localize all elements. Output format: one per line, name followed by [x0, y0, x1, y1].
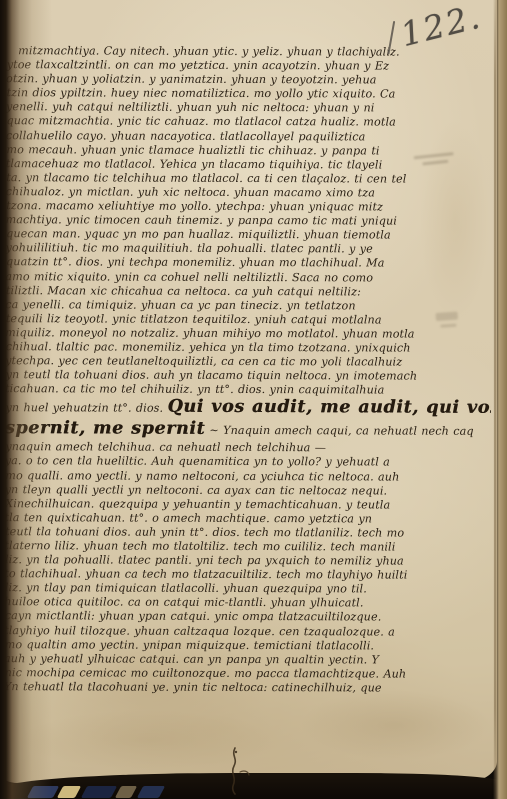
manuscript-line-text: ~ Ynaquin amech caqui, ca nehuatl nech c…: [205, 424, 473, 438]
manuscript-line: tzona. macamo xeliuhtiye mo yollo. ytech…: [6, 199, 492, 215]
manuscript-line: teutl tla tohuani dios. auh ynin tt°. di…: [5, 525, 491, 541]
manuscript-line-text: quecan man. yquac yn mo pan huallaz. miq…: [6, 227, 391, 241]
manuscript-line: mo qualli. amo yectli. y namo neltoconi,…: [5, 469, 491, 485]
manuscript-line: liz. yn tlay pan timiquican tlatlacolli.…: [5, 581, 491, 597]
manuscript-line-text: tlayhiyo huil tilozque. yhuan caltzaqua …: [4, 624, 395, 638]
manuscript-line-text: chihual. tlaltic pac. monemiliz. yehica …: [6, 340, 411, 354]
manuscript-line-text: Xinechilhuican. quezquipa y yehuantin y …: [5, 497, 390, 511]
manuscript-line: cayn mictlantli: yhuan ypan catqui. ynic…: [5, 610, 491, 626]
manuscript-line-text: amo mitic xiquito. ynin ca cohuel nelli …: [5, 270, 373, 284]
manuscript-line: quatzin tt°. dios. yni techpa monemiliz.…: [6, 256, 492, 272]
manuscript-page: 122. mitzmachtiya. Cay nitech. yhuan yti…: [0, 0, 497, 783]
marbled-edge-mark: [137, 786, 165, 798]
manuscript-line-text: liz. yn tla pohualli. tlatec pantli. yni…: [5, 553, 404, 567]
manuscript-line-text: liz. yn tlay pan timiquican tlatlacolli.…: [5, 581, 367, 595]
manuscript-line: spernit, me spernit ~ Ynaquin amech caqu…: [5, 418, 491, 442]
manuscript-line-text: ticahuan. ca tic mo tel chihuiliz. yn tt…: [5, 382, 384, 396]
latin-quote-text: spernit, me spernit: [5, 418, 205, 439]
manuscript-line-text: auh y yehuatl ylhuicac catqui. can yn pa…: [4, 652, 379, 666]
page-edge-crease: [494, 0, 496, 785]
manuscript-text: mitzmachtiya. Cay nitech. yhuan ytic. y …: [4, 44, 492, 726]
manuscript-line-text: yn huel yehuatzin tt°. dios.: [5, 401, 167, 415]
manuscript-line-text: tlamacehuaz mo tlatlacol. Yehica yn tlac…: [6, 157, 383, 171]
marbled-edge-mark: [27, 786, 59, 798]
manuscript-line-text: Yn tehuatl tla tlacohuani ye. ynin tic n…: [4, 680, 382, 694]
manuscript-line-text: tzin dios ypiltzin. huey niec nomatilizt…: [7, 86, 396, 100]
manuscript-line: mo mecauh. yhuan ynic tlamace hualiztli …: [6, 143, 492, 159]
manuscript-line: tequili liz teoyotl. ynic titlatzon tequ…: [6, 312, 492, 328]
manuscript-line-text: collahuelilo cayo. yhuan nacayotica. tla…: [6, 129, 366, 143]
manuscript-line-text: cayn mictlantli: yhuan ypan catqui. ynic…: [5, 610, 382, 624]
marbled-edge-mark: [57, 786, 81, 798]
manuscript-line: chihual. tlaltic pac. monemiliz. yehica …: [6, 340, 492, 356]
manuscript-line-text: ynaquin amech telchihua. ca nehuatl nech…: [5, 440, 326, 454]
manuscript-line-text: ytoe tlaxcaltzintli. on can mo yetztica.…: [7, 58, 389, 72]
manuscript-line-text: quac mitzmachtia. ynic tic cahuaz. mo tl…: [6, 115, 395, 129]
manuscript-line-text: yn tleyn qualli yectli yn neltoconi. ca …: [5, 483, 388, 497]
manuscript-line: tiliztli. Macan xic chicahua ca neltoca.…: [6, 284, 492, 300]
manuscript-line-text: miquiliz. moneyol no notzaliz. yhuan mih…: [5, 326, 414, 340]
manuscript-line-text: tla ten quixticahuan. tt°. o amech macht…: [5, 511, 373, 525]
ink-squiggle-mark: [222, 746, 256, 796]
manuscript-line-text: ca yenelli. ca timiquiz. yhuan ca yc pan…: [5, 298, 355, 312]
manuscript-line-text: quatzin tt°. dios. yni techpa monemiliz.…: [6, 256, 385, 270]
manuscript-line: Yn tehuatl tla tlacohuani ye. ynin tic n…: [4, 680, 490, 696]
manuscript-line-text: otzin. yhuan y yoliatzin. y yanimatzin. …: [6, 72, 377, 86]
manuscript-line-text: teutl tla tohuani dios. auh ynin tt°. di…: [5, 525, 404, 539]
manuscript-line-text: huiloe otica quitiloc. ca on catqui mic-…: [4, 596, 363, 610]
manuscript-line: quac mitzmachtia. ynic tic cahuaz. mo tl…: [6, 115, 492, 131]
manuscript-line-text: nic mochipa cemicac mo cuiltonozque. mo …: [5, 666, 407, 680]
manuscript-line-text: mitzmachtiya. Cay nitech. yhuan ytic. y …: [18, 44, 400, 58]
manuscript-line: liz. yn tla pohualli. tlatec pantli. yni…: [5, 553, 491, 569]
manuscript-line: mo qualtin amo yectin. ynipan miquizque.…: [5, 638, 491, 654]
latin-quote-text: Qui vos audit, me audit, qui vos: [167, 397, 492, 418]
manuscript-line-text: yn teutl tla tohuani dios. auh yn tlacam…: [6, 368, 418, 382]
manuscript-line-text: ta. yn tlacamo tic telchihua mo tlatlaco…: [6, 171, 406, 185]
manuscript-line: Xinechilhuican. quezquipa y yehuantin y …: [5, 497, 491, 513]
manuscript-line: ytoe tlaxcaltzintli. on can mo yetztica.…: [7, 58, 492, 74]
manuscript-line-text: tequili liz teoyotl. ynic titlatzon tequ…: [6, 312, 382, 326]
marbled-edge-mark: [81, 786, 117, 798]
manuscript-line-text: tiliztli. Macan xic chicahua ca neltoca.…: [6, 284, 361, 298]
manuscript-line: tzin dios ypiltzin. huey niec nomatilizt…: [7, 86, 493, 102]
manuscript-line-text: mo qualtin amo yectin. ynipan miquizque.…: [5, 638, 374, 652]
manuscript-line-text: mo mecauh. yhuan ynic tlamace hualiztli …: [6, 143, 379, 157]
manuscript-line: ynaquin amech telchihua. ca nehuatl nech…: [5, 440, 491, 456]
manuscript-line: yn teutl tla tohuani dios. auh yn tlacam…: [6, 368, 492, 384]
manuscript-scan: { "page": { "folio_number": "122." }, "m…: [0, 0, 507, 799]
manuscript-line-text: yenelli. yuh catqui neltiliztli. yhuan y…: [6, 101, 375, 115]
manuscript-line: quecan man. yquac yn mo pan huallaz. miq…: [6, 227, 492, 243]
manuscript-line-text: tzona. macamo xeliuhtiye mo yollo. ytech…: [6, 199, 383, 213]
manuscript-line-text: yohuililitiuh. tic mo maquilitiuh. tla p…: [5, 241, 372, 255]
manuscript-line: ta. yn tlacamo tic telchihua mo tlatlaco…: [6, 171, 492, 187]
manuscript-line-text: to tlachihual. yhuan ca tech mo tlatzacu…: [4, 567, 407, 581]
manuscript-line-text: machtiya. ynic timocen cauh tinemiz. y p…: [6, 213, 397, 227]
manuscript-line-text: chihualoz. yn mictlan. yuh xic neltoca. …: [6, 185, 375, 199]
marbled-edge-mark: [115, 786, 137, 798]
manuscript-line-text: ytechpa. yec cen teutlaneltoquiliztli, c…: [5, 354, 402, 368]
manuscript-line-text: mo qualli. amo yectli. y namo neltoconi,…: [5, 469, 399, 483]
manuscript-line: yn huel yehuatzin tt°. dios. Qui vos aud…: [5, 396, 491, 420]
manuscript-line: nic mochipa cemicac mo cuiltonozque. mo …: [5, 666, 491, 682]
manuscript-line-text: ya. o to cen tla hueliltic. Auh quenamit…: [5, 455, 390, 469]
manuscript-line-text: tlaterno liliz. yhuan tech mo tlatoltili…: [4, 539, 395, 553]
